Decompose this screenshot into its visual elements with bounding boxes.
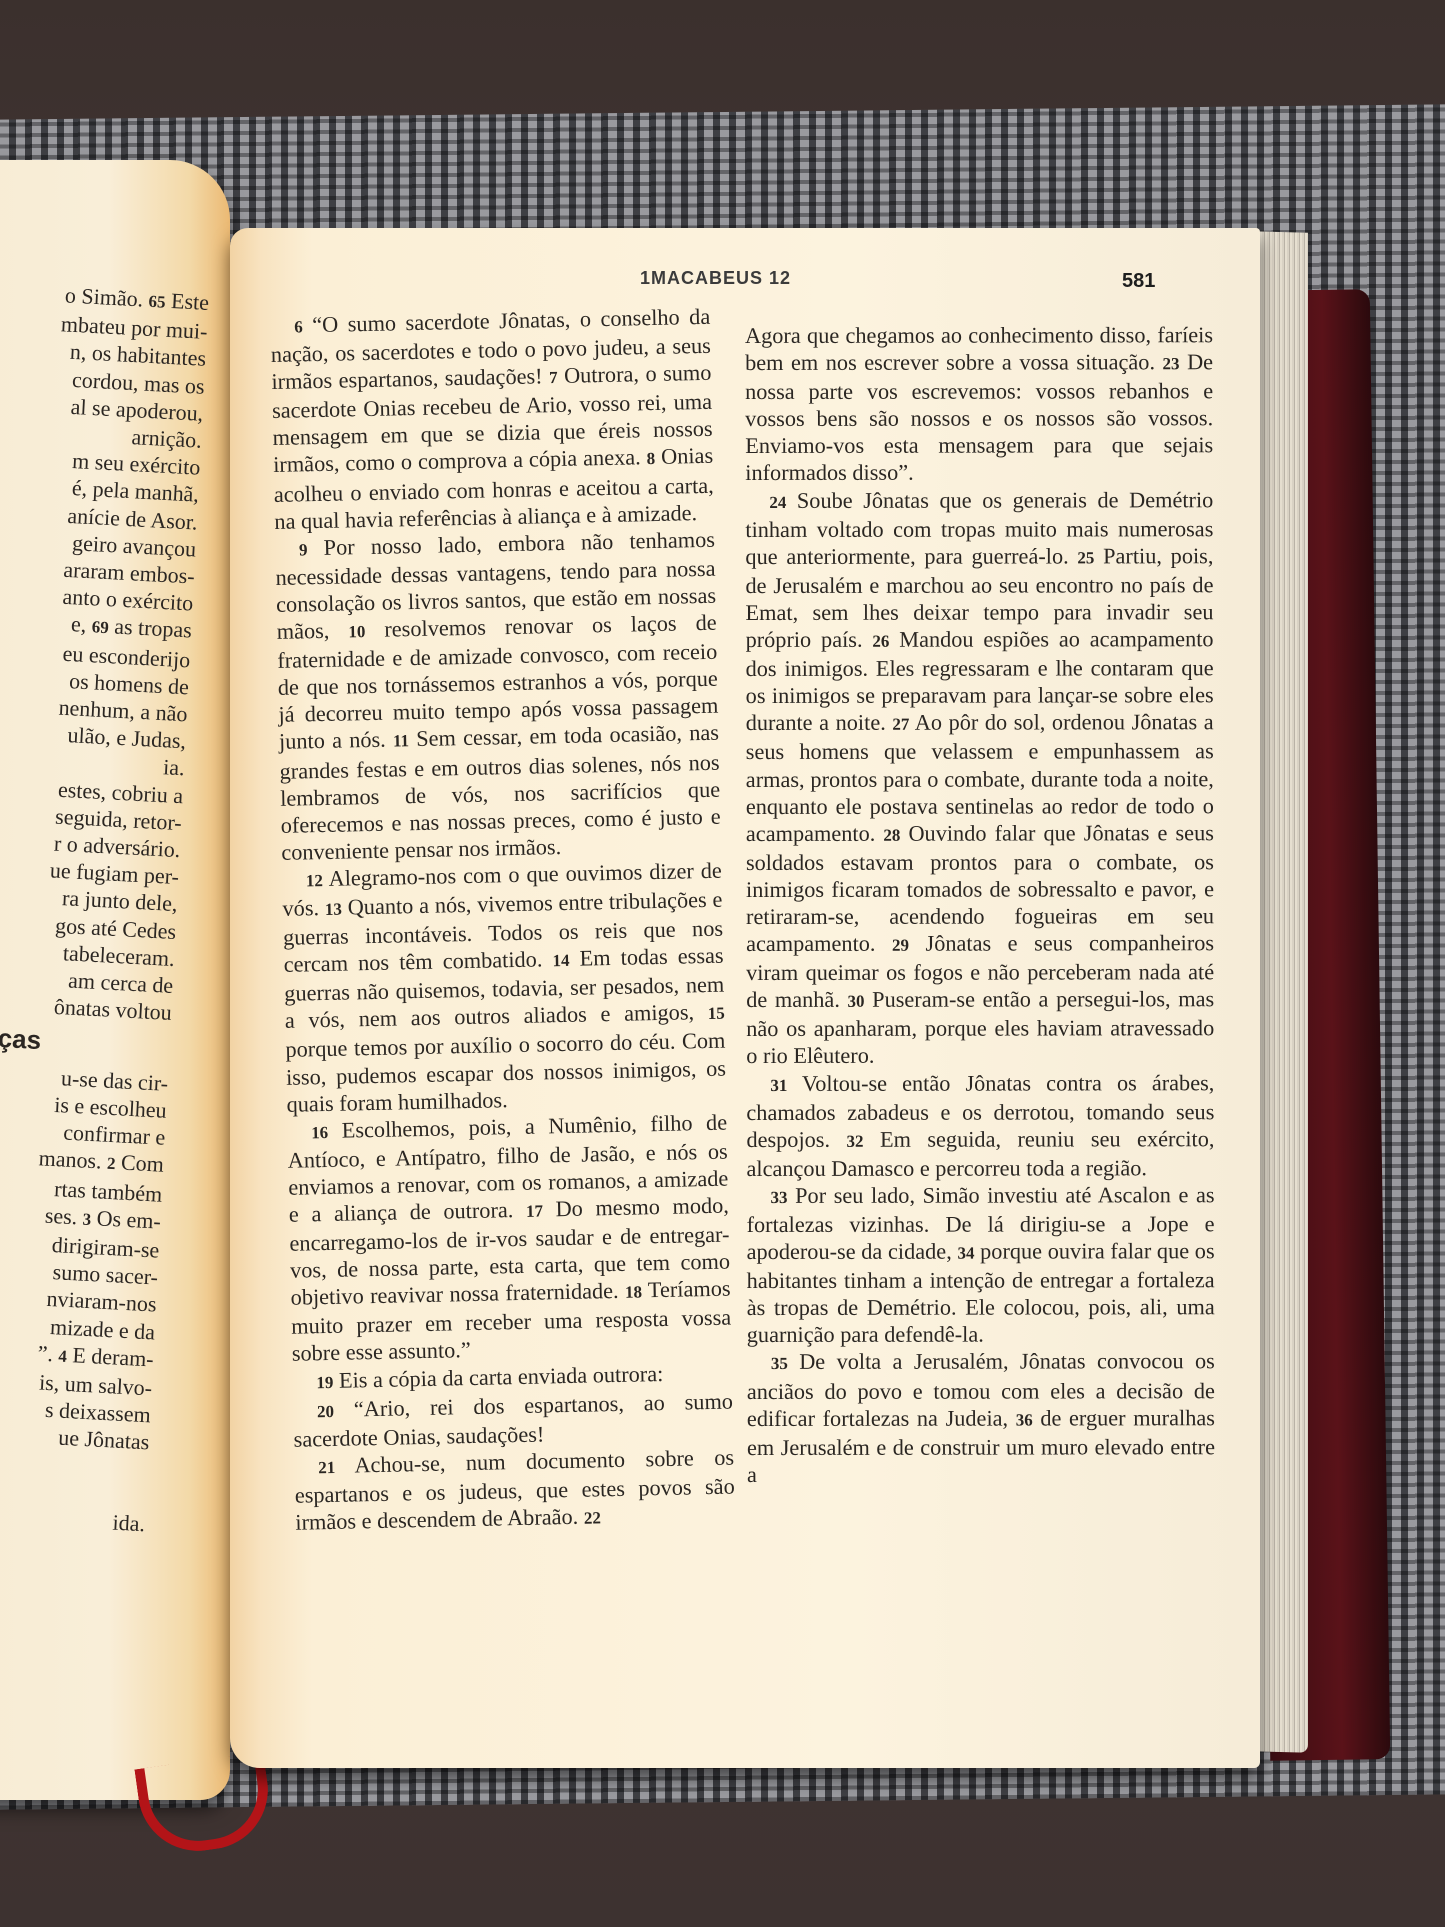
left-page: o Simão. 65 Estembateu por mui-n, os hab… bbox=[0, 160, 230, 1800]
running-head: 1MACABEUS 12 bbox=[640, 268, 791, 289]
verse-number: 31 bbox=[770, 1075, 787, 1094]
verse-number: 24 bbox=[769, 492, 786, 511]
paragraph: 16 Escolhemos, pois, a Numênio, filho de… bbox=[287, 1108, 732, 1367]
section-heading: ianças bbox=[0, 1023, 171, 1061]
paragraph: 33 Por seu lado, Simão investiu até Asca… bbox=[747, 1181, 1215, 1348]
verse-number: 18 bbox=[625, 1283, 642, 1302]
page-number: 581 bbox=[1122, 270, 1155, 293]
verse-number: 19 bbox=[316, 1372, 333, 1391]
verse-text: Agora que chegamos ao conhecimento disso… bbox=[745, 322, 1213, 375]
verse-number: 14 bbox=[552, 951, 569, 970]
verse-text: Eis a cópia da carta enviada outrora: bbox=[333, 1361, 663, 1393]
text-column-right: Agora que chegamos ao conhecimento disso… bbox=[745, 321, 1215, 1488]
verse-number: 13 bbox=[325, 900, 342, 919]
paragraph: 6 “O sumo sacerdote Jônatas, o conselho … bbox=[270, 303, 715, 535]
verse-number: 15 bbox=[708, 1004, 725, 1023]
page-block-edges bbox=[1252, 231, 1308, 1752]
paragraph: 31 Voltou-se então Jônatas contra os ára… bbox=[746, 1069, 1214, 1182]
verse-number: 34 bbox=[957, 1244, 974, 1263]
verse-text: Achou-se, num documento sobre os esparta… bbox=[295, 1444, 735, 1534]
verse-number: 23 bbox=[1163, 354, 1180, 373]
verse-number: 12 bbox=[306, 871, 323, 890]
paragraph: 35 De volta a Jerusalém, Jônatas convoco… bbox=[747, 1348, 1215, 1488]
verse-number: 20 bbox=[317, 1402, 334, 1421]
paragraph: 20 “Ario, rei dos espartanos, ao sumo sa… bbox=[293, 1387, 734, 1452]
paragraph: 9 Por nosso lado, embora não tenhamos ne… bbox=[275, 525, 722, 865]
verse-number: 26 bbox=[872, 632, 889, 651]
paragraph: 24 Soube Jônatas que os generais de Demé… bbox=[745, 486, 1214, 1070]
verse-number: 17 bbox=[526, 1201, 543, 1220]
text-column-left: 6 “O sumo sacerdote Jônatas, o conselho … bbox=[270, 303, 736, 1538]
verse-number: 33 bbox=[771, 1188, 788, 1207]
verse-number: 30 bbox=[848, 992, 865, 1011]
verse-number: 36 bbox=[1016, 1410, 1033, 1429]
paragraph: 12 Alegramo-nos com o que ouvimos dizer … bbox=[282, 857, 727, 1118]
paragraph: Agora que chegamos ao conhecimento disso… bbox=[745, 321, 1213, 486]
verse-number: 16 bbox=[311, 1123, 328, 1142]
verse-number: 27 bbox=[892, 715, 909, 734]
verse-number: 28 bbox=[883, 825, 900, 844]
verse-number: 29 bbox=[892, 936, 909, 955]
verse-number: 6 bbox=[294, 317, 303, 336]
verse-number: 10 bbox=[348, 622, 365, 641]
paragraph: 21 Achou-se, num documento sobre os espa… bbox=[294, 1443, 736, 1537]
verse-number: 21 bbox=[318, 1458, 335, 1477]
verse-number: 22 bbox=[584, 1508, 601, 1527]
verse-number: 25 bbox=[1077, 548, 1094, 567]
verse-number: 35 bbox=[771, 1354, 788, 1373]
left-page-text: o Simão. 65 Estembateu por mui-n, os hab… bbox=[0, 278, 210, 1537]
verse-text: porque temos por auxílio o socorro do cé… bbox=[285, 1028, 726, 1116]
verse-number: 11 bbox=[393, 732, 409, 751]
verse-text: “Ario, rei dos espartanos, ao sumo sacer… bbox=[293, 1388, 733, 1451]
verse-number: 32 bbox=[846, 1132, 863, 1151]
